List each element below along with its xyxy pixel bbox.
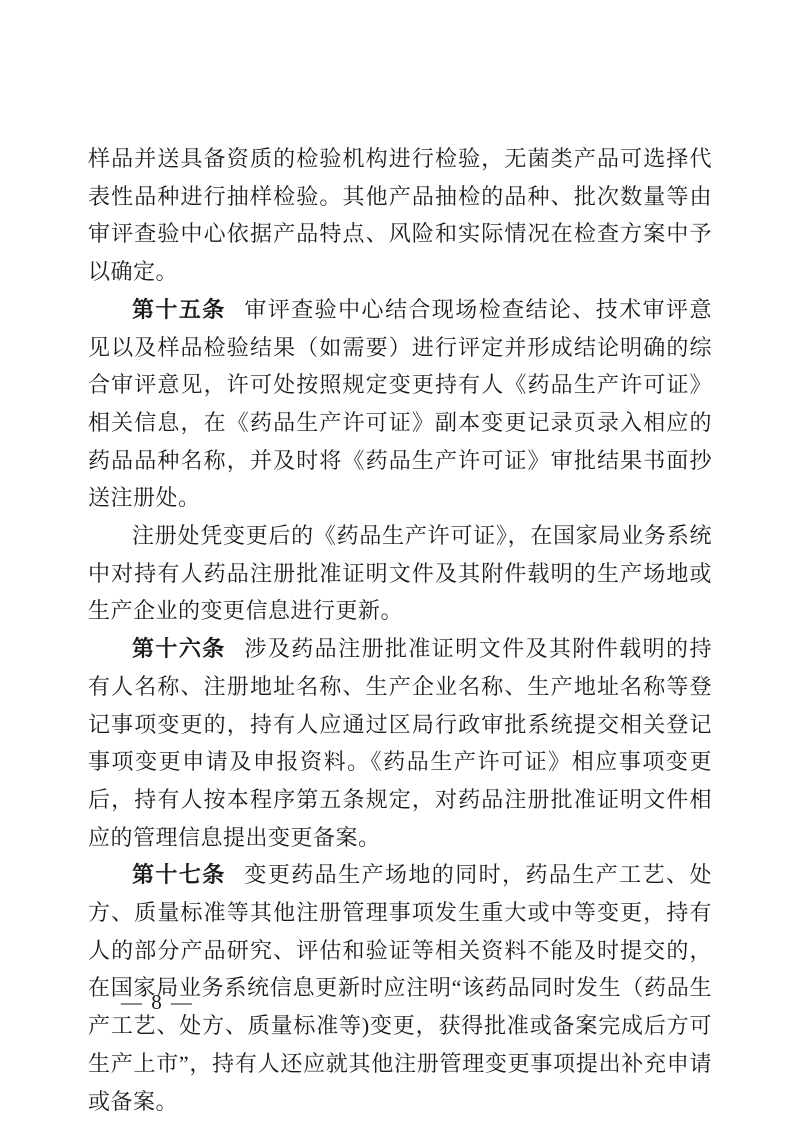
- article-15-label: 第十五条: [132, 297, 226, 322]
- paragraph-continuation: 样品并送具备资质的检验机构进行检验，无菌类产品可选择代表性品种进行抽样检验。其他…: [88, 140, 712, 291]
- article-16-text: 涉及药品注册批准证明文件及其附件载明的持有人名称、注册地址名称、生产企业名称、生…: [88, 636, 712, 850]
- paragraph-text: 注册处凭变更后的《药品生产许可证》，在国家局业务系统中对持有人药品注册批准证明文…: [88, 523, 712, 623]
- page-number: — 8 —: [121, 990, 194, 1015]
- article-17-label: 第十七条: [132, 862, 226, 887]
- article-17-text: 变更药品生产场地的同时，药品生产工艺、处方、质量标准等其他注册管理事项发生重大或…: [88, 862, 712, 1113]
- paragraph-article-16: 第十六条涉及药品注册批准证明文件及其附件载明的持有人名称、注册地址名称、生产企业…: [88, 630, 712, 856]
- document-body: 样品并送具备资质的检验机构进行检验，无菌类产品可选择代表性品种进行抽样检验。其他…: [88, 140, 712, 1120]
- paragraph-article-15: 第十五条审评查验中心结合现场检查结论、技术审评意见以及样品检验结果（如需要）进行…: [88, 291, 712, 517]
- article-15-text: 审评查验中心结合现场检查结论、技术审评意见以及样品检验结果（如需要）进行评定并形…: [88, 297, 712, 511]
- article-16-label: 第十六条: [132, 636, 226, 661]
- paragraph-registration-office: 注册处凭变更后的《药品生产许可证》，在国家局业务系统中对持有人药品注册批准证明文…: [88, 517, 712, 630]
- paragraph-article-17: 第十七条变更药品生产场地的同时，药品生产工艺、处方、质量标准等其他注册管理事项发…: [88, 856, 712, 1120]
- paragraph-text: 样品并送具备资质的检验机构进行检验，无菌类产品可选择代表性品种进行抽样检验。其他…: [88, 146, 712, 284]
- document-page: 样品并送具备资质的检验机构进行检验，无菌类产品可选择代表性品种进行抽样检验。其他…: [0, 0, 793, 1122]
